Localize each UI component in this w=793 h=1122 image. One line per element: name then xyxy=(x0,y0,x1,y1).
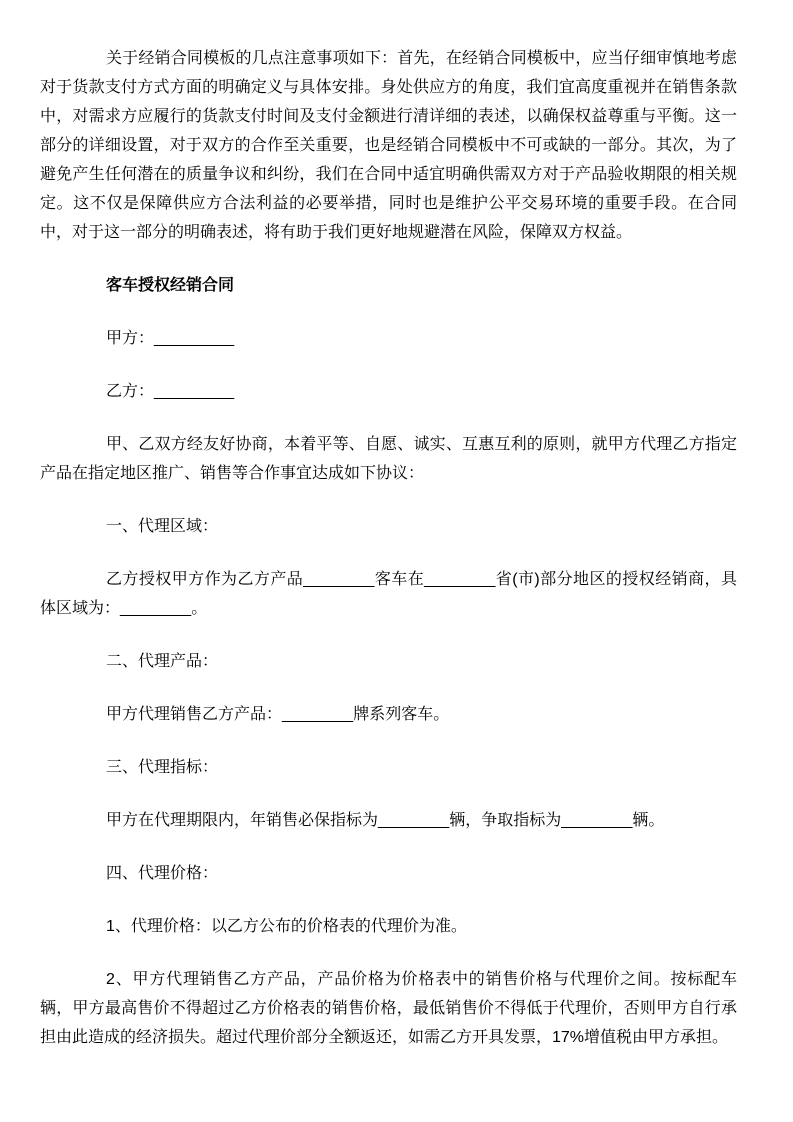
section-1-body: 乙方授权甲方作为乙方产品________客车在________省(市)部分地区的… xyxy=(40,565,737,623)
clause-4-1: 1、代理价格：以乙方公布的价格表的代理价为准。 xyxy=(40,912,737,941)
party-a-line: 甲方：_________ xyxy=(40,324,737,353)
clause-4-2: 2、甲方代理销售乙方产品，产品价格为价格表中的销售价格与代理价之间。按标配车辆，… xyxy=(40,965,737,1052)
party-b-line: 乙方：_________ xyxy=(40,377,737,406)
section-1-heading: 一、代理区域： xyxy=(40,512,737,541)
section-3-body: 甲方在代理期限内，年销售必保指标为________辆，争取指标为________… xyxy=(40,806,737,835)
preamble-paragraph: 甲、乙双方经友好协商，本着平等、自愿、诚实、互惠互利的原则，就甲方代理乙方指定产… xyxy=(40,430,737,488)
section-3-heading: 三、代理指标： xyxy=(40,753,737,782)
section-4-heading: 四、代理价格： xyxy=(40,859,737,888)
intro-notes-paragraph: 关于经销合同模板的几点注意事项如下：首先，在经销合同模板中，应当仔细审慎地考虑对… xyxy=(40,44,737,247)
section-2-heading: 二、代理产品： xyxy=(40,647,737,676)
document-page: 关于经销合同模板的几点注意事项如下：首先，在经销合同模板中，应当仔细审慎地考虑对… xyxy=(0,0,793,1122)
section-2-body: 甲方代理销售乙方产品：________牌系列客车。 xyxy=(40,700,737,729)
contract-title: 客车授权经销合同 xyxy=(40,271,737,300)
